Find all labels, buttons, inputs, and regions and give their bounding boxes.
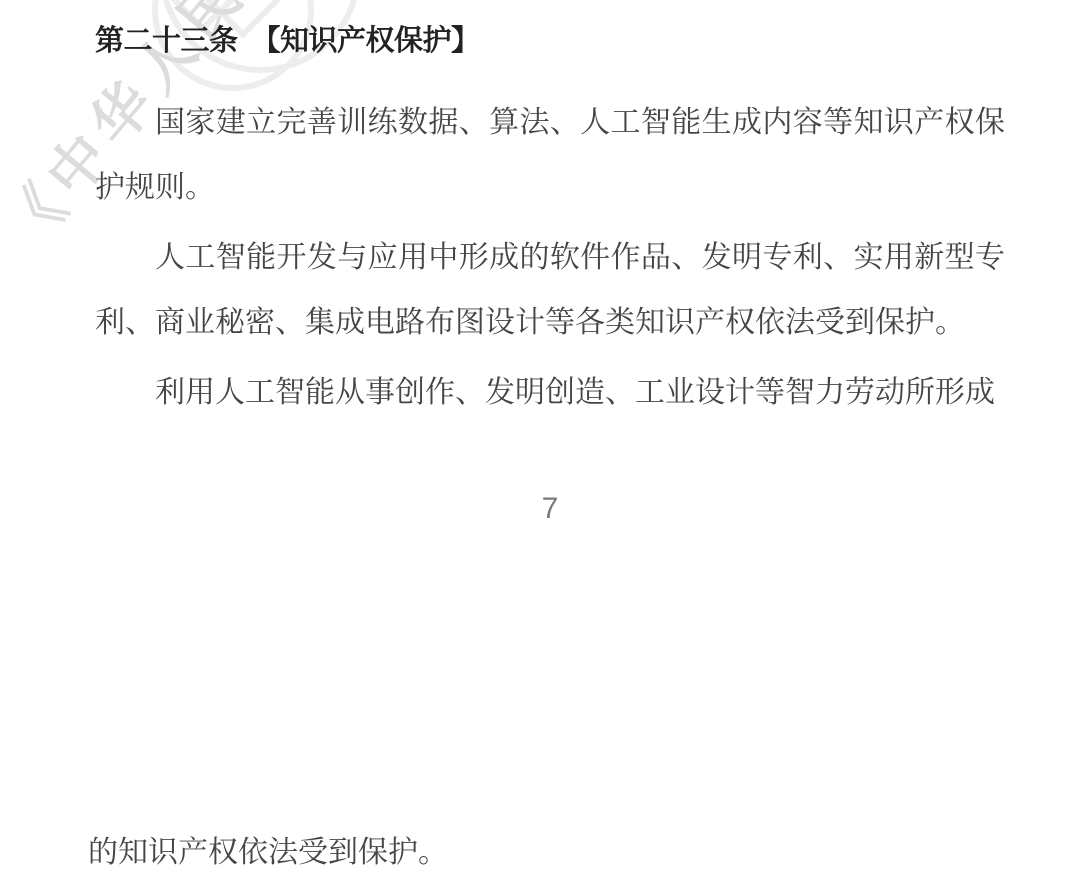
page-number: 7: [0, 492, 1071, 526]
next-page-first-line: 的知识产权依法受到保护。: [88, 820, 448, 885]
article-body: 国家建立完善训练数据、算法、人工智能生成内容等知识产权保护规则。 人工智能开发与…: [95, 90, 1005, 430]
paragraph-1: 国家建立完善训练数据、算法、人工智能生成内容等知识产权保护规则。: [95, 90, 1005, 220]
paragraph-3: 利用人工智能从事创作、发明创造、工业设计等智力劳动所形成: [95, 360, 1005, 425]
document-page: 《中华人民 第二十三条 【知识产权保护】 国家建立完善训练数据、算法、人工智能生…: [0, 0, 1071, 891]
article-heading: 第二十三条 【知识产权保护】: [95, 18, 480, 59]
paragraph-2: 人工智能开发与应用中形成的软件作品、发明专利、实用新型专利、商业秘密、集成电路布…: [95, 225, 1005, 355]
